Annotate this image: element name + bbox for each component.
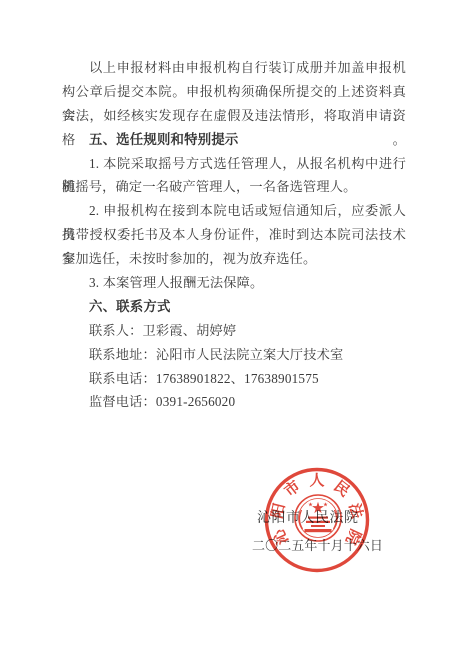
paragraph-line: 合法，如经核实发现存在虚假及违法情形，将取消申请资格。 (62, 104, 406, 128)
paragraph-line: 机摇号，确定一名破产管理人，一名备选管理人。 (62, 175, 406, 199)
court-seal-graphic: 沁 阳 市 人 民 法 院 (263, 466, 371, 574)
contact-address-line: 联系地址：沁阳市人民法院立案大厅技术室 (62, 343, 406, 367)
seal-ring-char: 人 (309, 472, 324, 489)
contact-phone-line: 联系电话：17638901822、17638901575 (62, 367, 406, 391)
supervision-phone-line: 监督电话：0391-2656020 (62, 390, 406, 414)
document-body: 以上申报材料由申报机构自行装订成册并加盖申报机 构公章后提交本院。申报机构须确保… (62, 56, 406, 414)
paragraph-line: 参加选任，未按时参加的，视为放弃选任。 (62, 247, 406, 271)
paragraph-line: 3. 本案管理人报酬无法保障。 (62, 271, 406, 295)
court-seal-stamp: 沁 阳 市 人 民 法 院 (263, 466, 371, 574)
paragraph-line: 以上申报材料由申报机构自行装订成册并加盖申报机 (62, 56, 406, 80)
section-heading-6: 六、联系方式 (62, 295, 406, 319)
document-page: 以上申报材料由申报机构自行装订成册并加盖申报机 构公章后提交本院。申报机构须确保… (0, 0, 462, 650)
national-emblem-icon (295, 495, 341, 541)
paragraph-line: 携带授权委托书及本人身份证件，准时到达本院司法技术室 (62, 223, 406, 247)
seal-ring-char: 法 (345, 502, 365, 521)
paragraph-line: 构公章后提交本院。申报机构须确保所提交的上述资料真实、 (62, 80, 406, 104)
paragraph-line: 1. 本院采取摇号方式选任管理人，从报名机构中进行随 (62, 152, 406, 176)
contact-person-line: 联系人：卫彩霞、胡婷婷 (62, 319, 406, 343)
paragraph-line: 2. 申报机构在接到本院电话或短信通知后，应委派人员 (62, 199, 406, 223)
